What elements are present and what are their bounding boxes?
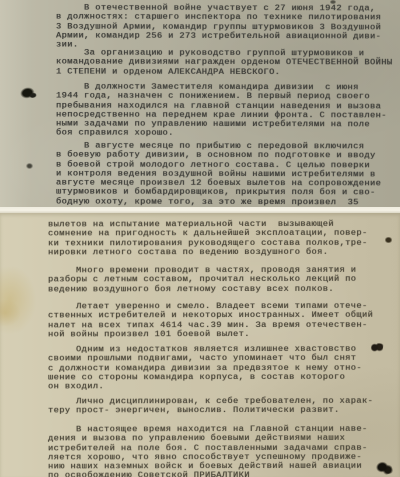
paragraph: Много времени проводит в частях, проводя… <box>0 266 400 294</box>
paragraph: Одним из недостатков является излишнее х… <box>0 345 400 391</box>
text-line: теру прост- энергичен, вынослив. Политич… <box>48 406 400 416</box>
paragraph: В настоящее время находится на Главной с… <box>0 425 400 477</box>
paragraph: В отечественной войне участвует с 27 июн… <box>0 4 400 50</box>
text-line: ной войны произвел 101 боевой вылет. <box>48 330 400 340</box>
paragraph: В августе месяце по прибытию с передовой… <box>0 142 400 207</box>
fragment-top-text: В отечественной войне участвует с 27 июн… <box>0 0 400 207</box>
text-line: боя справился хорошо. <box>56 129 400 139</box>
paragraph: Лично дисциплинирован, к себе требовател… <box>0 397 400 416</box>
text-line: ведению воздушного боя летному составу в… <box>48 284 400 294</box>
paragraph: вылетов на испытание материальной части … <box>0 220 400 257</box>
text-line: 1 СТЕПЕНИ и орденом АЛЕКСАНДРА НЕВСКОГО. <box>56 67 400 77</box>
paragraph: Летает уверенно и смело. Владеет всеми т… <box>0 302 400 339</box>
paper-fragment-top: В отечественной войне участвует с 27 июн… <box>0 0 400 207</box>
document-scan: В отечественной войне участвует с 27 июн… <box>0 0 400 477</box>
paper-fragment-bottom: вылетов на испытание материальной части … <box>0 213 400 477</box>
text-line: нировки летного состава по ведению возду… <box>48 248 400 258</box>
fragment-bottom-text: вылетов на испытание материальной части … <box>0 213 400 477</box>
text-line: он входил. <box>48 382 400 392</box>
text-line: по освобождению Советской ПРИБАЛТИКИ <box>48 471 400 477</box>
paragraph: В должности Заместителя командира дивизи… <box>0 83 400 139</box>
paragraph: За организацию и руководство группой шту… <box>0 49 400 77</box>
